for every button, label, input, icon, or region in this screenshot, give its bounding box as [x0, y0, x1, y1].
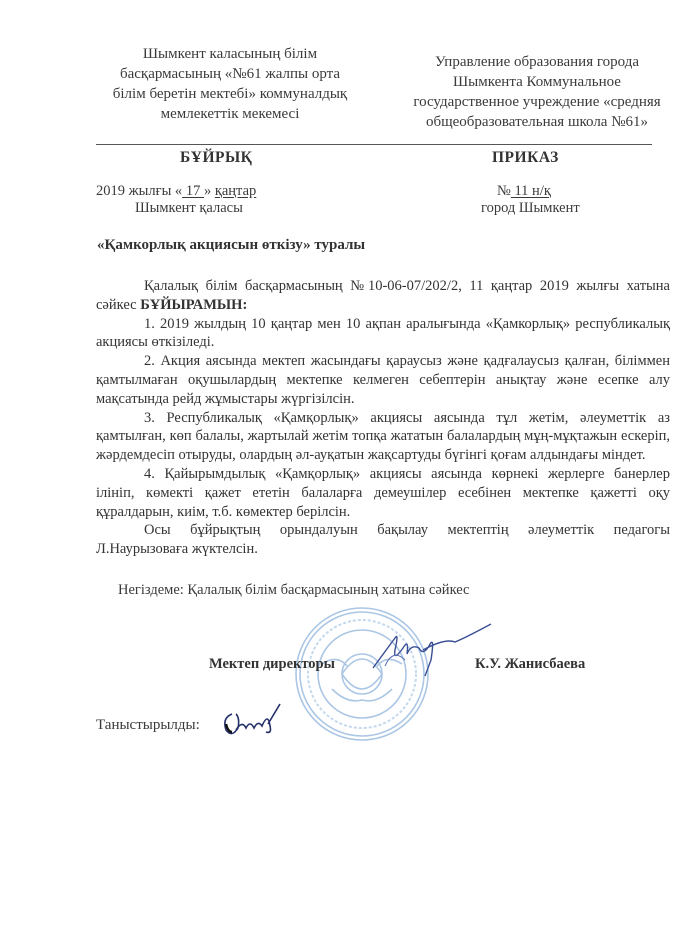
city-ru: город Шымкент	[481, 200, 580, 217]
header-right-org-ru: Управление образования города Шымкента К…	[392, 52, 682, 132]
order-date: 2019 жылғы « 17 » қаңтар	[96, 183, 256, 200]
body-intro: Қалалық білім басқармасының №10-06-07/20…	[96, 277, 670, 315]
body-control-clause: Осы бұйрықтың орындалуын бақылау мектепт…	[96, 521, 670, 559]
director-title: Мектеп директоры	[209, 656, 335, 673]
title-order-kz: БҰЙРЫҚ	[180, 149, 252, 167]
header-right-line: Шымкента Коммунальное	[392, 72, 682, 92]
number-prefix: №	[497, 183, 511, 199]
title-order-ru: ПРИКАЗ	[492, 149, 559, 167]
header-right-line: Управление образования города	[392, 52, 682, 72]
order-body: Қалалық білім басқармасының №10-06-07/20…	[96, 277, 670, 559]
body-item-4: 4. Қайырымдылық «Қамқорлық» акциясы аясы…	[96, 465, 670, 521]
acknowledgement-signature-icon	[218, 702, 288, 740]
date-day: 17	[182, 183, 204, 199]
body-item-1: 1. 2019 жылдың 10 қаңтар мен 10 ақпан ар…	[96, 315, 670, 353]
order-basis: Негіздеме: Қалалық білім басқармасының х…	[118, 582, 469, 599]
header-left-org-kz: Шымкент каласының білім басқармасының «№…	[95, 44, 365, 124]
order-number: № 11 н/қ	[497, 183, 551, 200]
header-right-line: общеобразовательная школа №61»	[392, 112, 682, 132]
header-left-line: мемлекеттік мекемесі	[95, 104, 365, 124]
header-right-line: государственное учреждение «средняя	[392, 92, 682, 112]
city-kz: Шымкент қаласы	[135, 200, 243, 217]
header-left-line: басқармасының «№61 жалпы орта	[95, 64, 365, 84]
date-day-suffix: »	[204, 183, 211, 199]
director-name: К.У. Жанисбаева	[475, 656, 585, 673]
header-left-line: білім беретін мектебі» коммуналдық	[95, 84, 365, 104]
header-divider	[96, 144, 652, 145]
date-month: қаңтар	[215, 183, 256, 199]
date-year-prefix: 2019 жылғы «	[96, 183, 182, 199]
acknowledged-label: Таныстырылды:	[96, 717, 200, 734]
number-value: 11 н/қ	[511, 183, 551, 199]
body-item-2: 2. Акция аясында мектеп жасындағы қараус…	[96, 352, 670, 408]
body-item-3: 3. Республикалық «Қамқорлық» акциясы аяс…	[96, 409, 670, 465]
intro-directive: БҰЙЫРАМЫН:	[140, 297, 247, 313]
header-left-line: Шымкент каласының білім	[95, 44, 365, 64]
order-subject: «Қамкорлық акциясын өткізу» туралы	[97, 237, 365, 254]
